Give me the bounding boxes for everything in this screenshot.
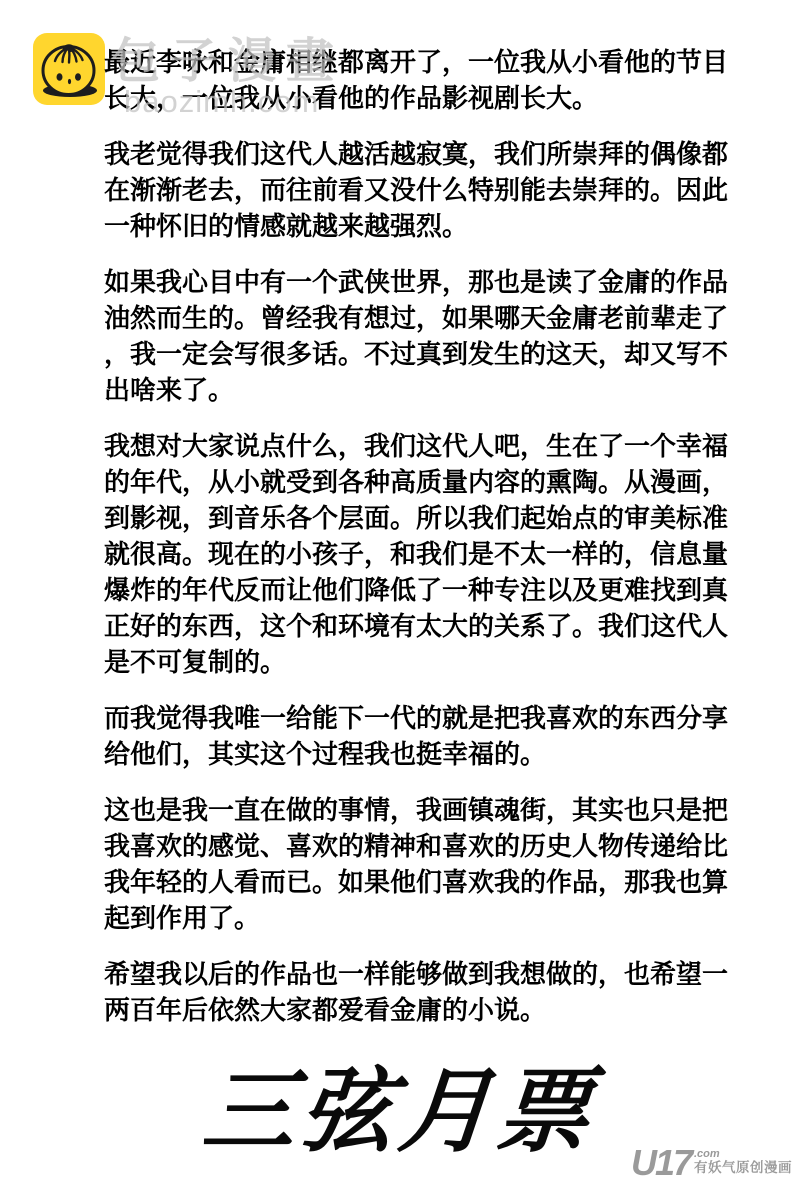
u17-logo-tld: .com <box>694 1149 792 1160</box>
essay-paragraph-2: 我老觉得我们这代人越活越寂寞，我们所崇拜的偶像都 在渐渐老去，而往前看又没什么特… <box>104 136 744 244</box>
u17-logo-right: .com 有妖气原创漫画 <box>694 1147 792 1176</box>
essay-paragraph-6: 这也是我一直在做的事情，我画镇魂街，其实也只是把 我喜欢的感觉、喜欢的精神和喜欢… <box>104 792 744 936</box>
essay-paragraph-7: 希望我以后的作品也一样能够做到我想做的，也希望一 两百年后依然大家都爱看金庸的小… <box>104 956 744 1028</box>
essay-paragraph-5: 而我觉得我唯一给能下一代的就是把我喜欢的东西分享 给他们，其实这个过程我也挺幸福… <box>104 700 744 772</box>
u17-logo-tagline: 有妖气原创漫画 <box>694 1160 792 1176</box>
baozi-bun-icon <box>33 33 105 105</box>
essay-paragraph-4: 我想对大家说点什么，我们这代人吧，生在了一个幸福 的年代，从小就受到各种高质量内… <box>104 428 744 680</box>
comic-text-page: 包子漫畫 baozimh.com 最近李咏和金庸相继都离开了，一位我从小看他的节… <box>0 0 800 1181</box>
u17-logo-text: U17 <box>631 1147 691 1179</box>
baozi-manhua-logo-icon <box>33 33 105 105</box>
essay-paragraph-3: 如果我心目中有一个武侠世界，那也是读了金庸的作品 油然而生的。曾经我有想过，如果… <box>104 264 744 408</box>
essay-paragraph-1: 最近李咏和金庸相继都离开了，一位我从小看他的节目 长大，一位我从小看他的作品影视… <box>104 44 744 116</box>
essay-text-block: 最近李咏和金庸相继都离开了，一位我从小看他的节目 长大，一位我从小看他的作品影视… <box>104 44 744 1048</box>
u17-logo: U17 .com 有妖气原创漫画 <box>631 1147 792 1179</box>
